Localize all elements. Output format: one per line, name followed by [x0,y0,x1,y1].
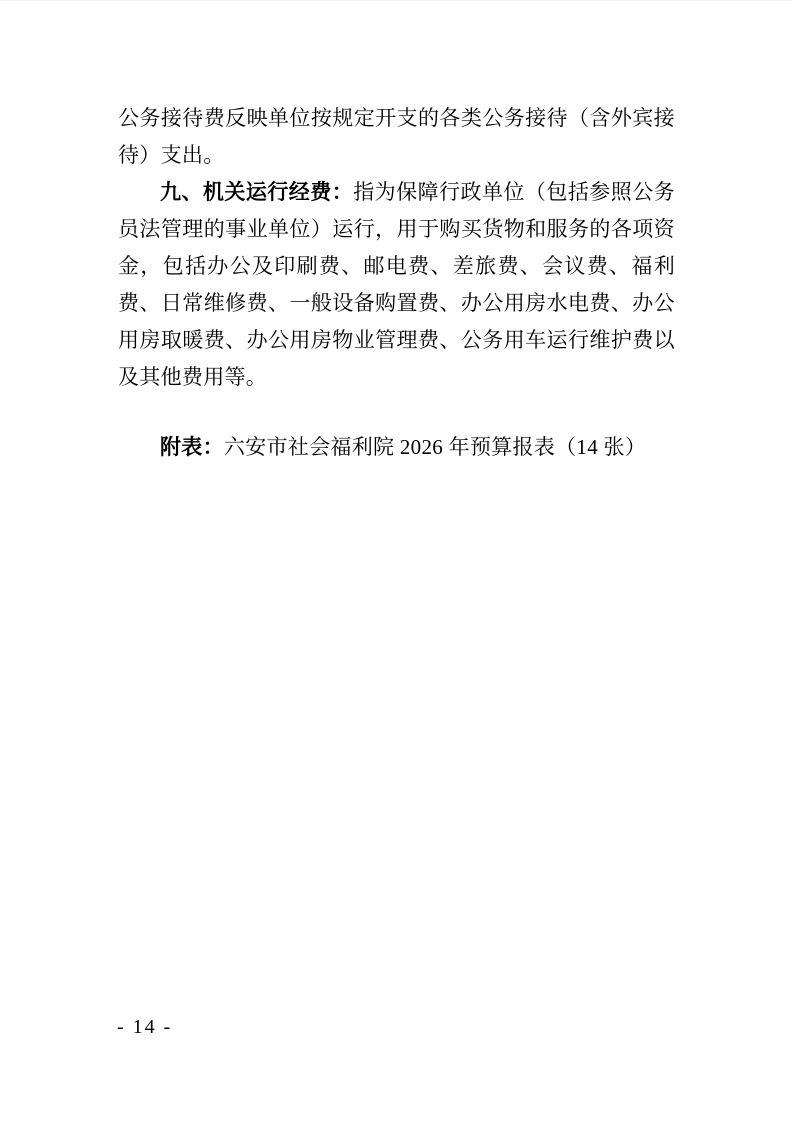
paragraph-text: 指为保障行政单位（包括参照公务员法管理的事业单位）运行，用于购买货物和服务的各项… [118,180,675,389]
paragraph-bold-lead: 九、机关运行经费： [160,180,353,204]
document-body: 公务接待费反映单位按规定开支的各类公务接待（含外宾接待）支出。 九、机关运行经费… [118,100,675,466]
paragraph-operating-expense: 九、机关运行经费：指为保障行政单位（包括参照公务员法管理的事业单位）运行，用于购… [118,174,675,396]
page-number: - 14 - [117,1016,172,1038]
paragraph-hospitality-expense: 公务接待费反映单位按规定开支的各类公务接待（含外宾接待）支出。 [118,100,675,174]
paragraph-text: 公务接待费反映单位按规定开支的各类公务接待（含外宾接待）支出。 [118,106,675,167]
attachment-label: 附表： [160,435,224,459]
paragraph-attachment-note: 附表：六安市社会福利院 2026 年预算报表（14 张） [118,429,675,466]
attachment-text: 六安市社会福利院 2026 年预算报表（14 张） [224,435,646,459]
document-page: 公务接待费反映单位按规定开支的各类公务接待（含外宾接待）支出。 九、机关运行经费… [0,0,793,1122]
